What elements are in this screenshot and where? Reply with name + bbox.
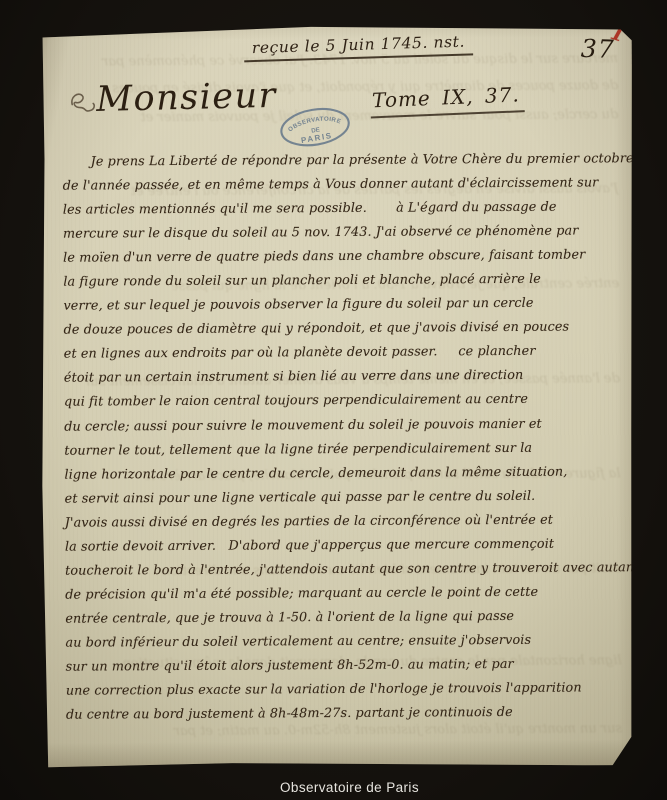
manuscript-line: au bord inférieur du soleil verticalemen… — [65, 628, 631, 656]
manuscript-line: Je prens La Liberté de répondre par la p… — [63, 147, 629, 175]
manuscript-line: mercure sur le disque du soleil au 5 nov… — [63, 219, 629, 247]
received-date-annotation: reçue le 5 Juin 1745. nst. — [244, 32, 474, 62]
manuscript-line: de l'année passée, et en même temps à Vo… — [63, 171, 629, 199]
manuscript-paper: mercure sur le disque du soleil au 5 nov… — [38, 21, 637, 769]
manuscript-line: verre, et sur lequel je pouvois observer… — [63, 291, 629, 319]
manuscript-line: une correction plus exacte sur la variat… — [66, 676, 632, 704]
manuscript-line: le moïen d'un verre de quatre pieds dans… — [63, 243, 629, 271]
manuscript-line: tourner le tout, tellement que la ligne … — [64, 436, 630, 464]
manuscript-line: les articles mentionnés qu'il me sera po… — [63, 195, 629, 223]
manuscript-line: qui fit tomber le raion central toujours… — [64, 388, 630, 416]
manuscript-line: la sortie devoit arriver. D'abord que j'… — [65, 532, 631, 560]
manuscript-line: et servit ainsi pour une ligne verticale… — [65, 484, 631, 512]
manuscript-line: entrée centrale, que je trouva à 1-50. à… — [65, 604, 631, 632]
red-pencil-mark: 1 — [608, 22, 627, 47]
manuscript-line: du centre au bord justement à 8h-48m-27s… — [66, 700, 632, 728]
manuscript-line: du cercle; aussi pour suivre le mouvemen… — [64, 412, 630, 440]
manuscript-line: toucheroit le bord à l'entrée, j'attendo… — [65, 556, 631, 584]
manuscript-line: ligne horizontale par le centre du cercl… — [64, 460, 630, 488]
flourish-icon — [68, 88, 98, 118]
manuscript-line: la figure ronde du soleil sur un planche… — [63, 267, 629, 295]
manuscript-line: sur un montre qu'il étoit alors justemen… — [66, 652, 632, 680]
manuscript-line: de douze pouces de diamètre qui y répond… — [64, 316, 630, 344]
salutation: Monsieur — [96, 76, 277, 120]
tome-reference: Tome IX, 37. — [370, 82, 525, 118]
image-caption: Observatoire de Paris — [280, 780, 419, 795]
manuscript-line: étoit par un certain instrument si bien … — [64, 364, 630, 392]
manuscript-line: et en lignes aux endroits par où la plan… — [64, 340, 630, 368]
manuscript-line: de précision qu'il m'a été possible; mar… — [65, 580, 631, 608]
manuscript-line: J'avois aussi divisé en degrés les parti… — [65, 508, 631, 536]
archive-scan-page: mercure sur le disque du soleil au 5 nov… — [0, 0, 667, 800]
letter-body: Je prens La Liberté de répondre par la p… — [63, 147, 633, 730]
